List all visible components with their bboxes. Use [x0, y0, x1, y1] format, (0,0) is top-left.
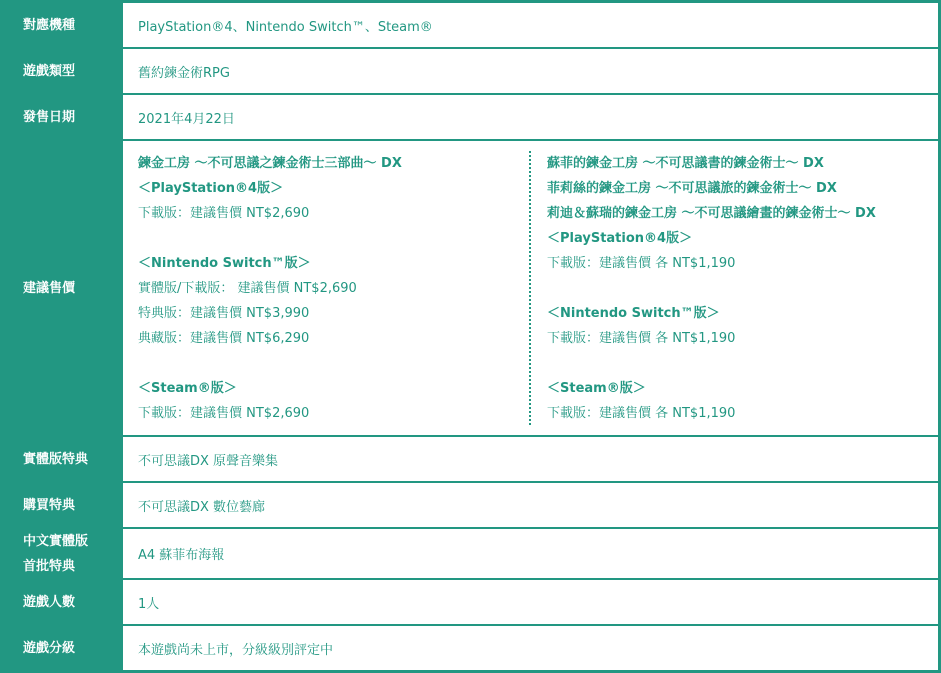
label-genre: 遊戲類型 — [0, 49, 123, 93]
value-price: 鍊金工房 ～不可思議之鍊金術士三部曲～ DX ＜PlayStation®4版＞ … — [123, 141, 938, 435]
trilogy-steam-download-price: 下載版：建議售價 NT$2,690 — [138, 401, 529, 426]
individual-steam-header: ＜Steam®版＞ — [547, 376, 938, 401]
game-spec-table: 對應機種 PlayStation®4、Nintendo Switch™、Stea… — [0, 0, 941, 673]
label-first-print-bonus-line1: 中文實體版 — [23, 529, 88, 554]
label-players: 遊戲人數 — [0, 580, 123, 624]
label-release-date: 發售日期 — [0, 95, 123, 139]
spacer — [138, 351, 529, 376]
individual-switch-header: ＜Nintendo Switch™版＞ — [547, 301, 938, 326]
row-rating: 遊戲分級 本遊戲尚未上市，分級級別評定中 — [0, 626, 938, 670]
trilogy-title: 鍊金工房 ～不可思議之鍊金術士三部曲～ DX — [138, 151, 529, 176]
label-rating: 遊戲分級 — [0, 626, 123, 670]
row-players: 遊戲人數 1人 — [0, 580, 938, 626]
value-players: 1人 — [123, 580, 938, 624]
trilogy-ps4-header: ＜PlayStation®4版＞ — [138, 176, 529, 201]
sophie-title: 蘇菲的鍊金工房 ～不可思議書的鍊金術士～ DX — [547, 151, 938, 176]
label-physical-bonus: 實體版特典 — [0, 437, 123, 481]
individual-ps4-download-price: 下載版：建議售價 各 NT$1,190 — [547, 251, 938, 276]
trilogy-switch-collector-price: 典藏版：建議售價 NT$6,290 — [138, 326, 529, 351]
value-release-date: 2021年4月22日 — [123, 95, 938, 139]
individual-steam-download-price: 下載版：建議售價 各 NT$1,190 — [547, 401, 938, 426]
value-rating: 本遊戲尚未上市，分級級別評定中 — [123, 626, 938, 670]
row-physical-bonus: 實體版特典 不可思議DX 原聲音樂集 — [0, 437, 938, 483]
row-price: 建議售價 鍊金工房 ～不可思議之鍊金術士三部曲～ DX ＜PlayStation… — [0, 141, 938, 437]
lydie-suelle-title: 莉迪＆蘇瑞的鍊金工房 ～不可思議繪畫的鍊金術士～ DX — [547, 201, 938, 226]
trilogy-ps4-download-price: 下載版：建議售價 NT$2,690 — [138, 201, 529, 226]
value-purchase-bonus: 不可思議DX 數位藝廊 — [123, 483, 938, 527]
trilogy-switch-special-price: 特典版：建議售價 NT$3,990 — [138, 301, 529, 326]
label-platform: 對應機種 — [0, 3, 123, 47]
value-first-print-bonus: A4 蘇菲布海報 — [123, 529, 938, 578]
spacer — [547, 351, 938, 376]
firis-title: 菲莉絲的鍊金工房 ～不可思議旅的鍊金術士～ DX — [547, 176, 938, 201]
value-physical-bonus: 不可思議DX 原聲音樂集 — [123, 437, 938, 481]
individual-ps4-header: ＜PlayStation®4版＞ — [547, 226, 938, 251]
label-first-print-bonus: 中文實體版 首批特典 — [0, 529, 123, 578]
label-first-print-bonus-line2: 首批特典 — [23, 554, 75, 579]
trilogy-switch-standard-price: 實體版/下載版： 建議售價 NT$2,690 — [138, 276, 529, 301]
value-genre: 舊約鍊金術RPG — [123, 49, 938, 93]
price-column-individual: 蘇菲的鍊金工房 ～不可思議書的鍊金術士～ DX 菲莉絲的鍊金工房 ～不可思議旅的… — [531, 151, 938, 425]
row-purchase-bonus: 購買特典 不可思議DX 數位藝廊 — [0, 483, 938, 529]
row-release-date: 發售日期 2021年4月22日 — [0, 95, 938, 141]
individual-switch-download-price: 下載版：建議售價 各 NT$1,190 — [547, 326, 938, 351]
spacer — [138, 226, 529, 251]
price-column-trilogy: 鍊金工房 ～不可思議之鍊金術士三部曲～ DX ＜PlayStation®4版＞ … — [138, 151, 531, 425]
spacer — [547, 276, 938, 301]
row-first-print-bonus: 中文實體版 首批特典 A4 蘇菲布海報 — [0, 529, 938, 580]
value-platform: PlayStation®4、Nintendo Switch™、Steam® — [123, 3, 938, 47]
trilogy-steam-header: ＜Steam®版＞ — [138, 376, 529, 401]
label-price: 建議售價 — [0, 141, 123, 435]
row-platform: 對應機種 PlayStation®4、Nintendo Switch™、Stea… — [0, 3, 938, 49]
label-purchase-bonus: 購買特典 — [0, 483, 123, 527]
trilogy-switch-header: ＜Nintendo Switch™版＞ — [138, 251, 529, 276]
row-genre: 遊戲類型 舊約鍊金術RPG — [0, 49, 938, 95]
